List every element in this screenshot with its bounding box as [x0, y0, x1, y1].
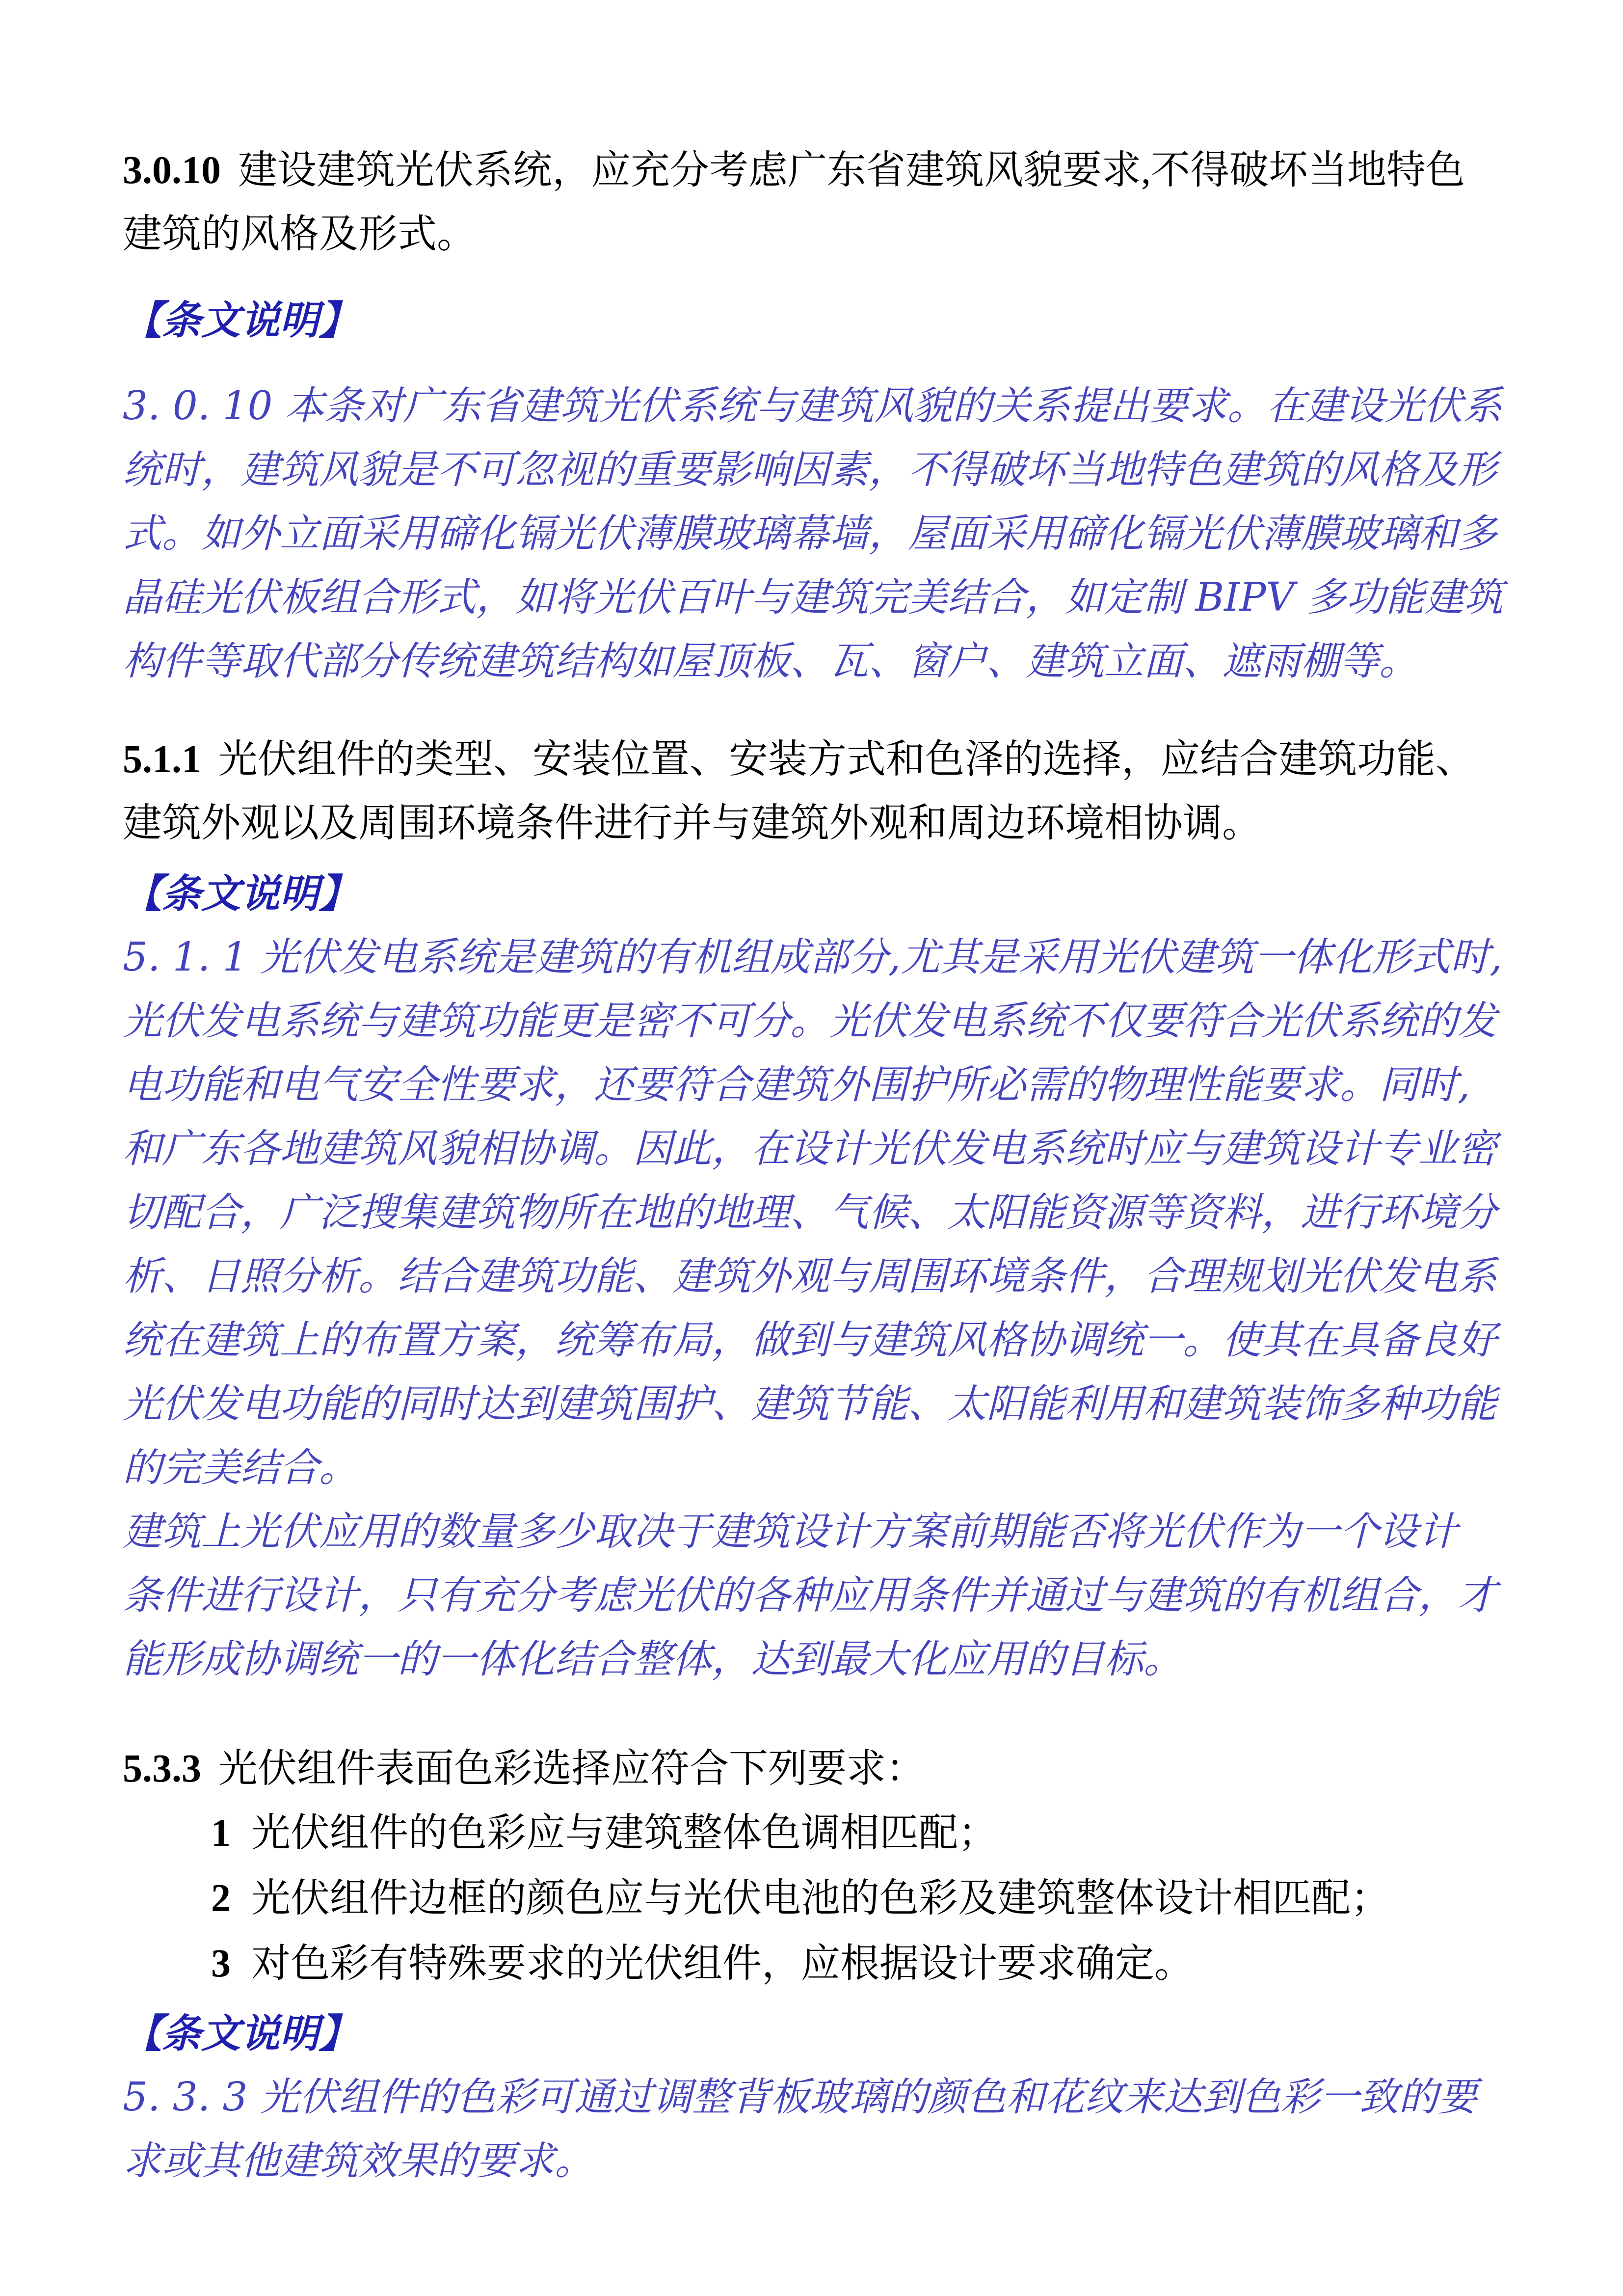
list-item-number: 1 — [211, 1811, 231, 1855]
note-label: 【条文说明】 — [123, 862, 1554, 925]
clause-paragraph: 5.3.3光伏组件表面色彩选择应符合下列要求： — [123, 1737, 1554, 1801]
list-item: 2光伏组件边框的颜色应与光伏电池的色彩及建筑整体设计相匹配； — [123, 1866, 1554, 1931]
page: { "page": { "background": "#ffffff", "te… — [0, 0, 1623, 2296]
clause-text: 建设建筑光伏系统，应充分考虑广东省建筑风貌要求,不得破坏当地特色 建筑的风格及形… — [123, 149, 1465, 256]
clause-number: 3.0.10 — [123, 149, 221, 192]
note-body: 5. 3. 3 光伏组件的色彩可通过调整背板玻璃的颜色和花纹来达到色彩一致的要 … — [123, 2065, 1554, 2193]
note-body: 3. 0. 10 本条对广东省建筑光伏系统与建筑风貌的关系提出要求。在建设光伏系… — [123, 374, 1554, 693]
clause-text: 光伏组件表面色彩选择应符合下列要求： — [218, 1747, 925, 1790]
list-item-number: 2 — [211, 1877, 231, 1920]
list-item: 3对色彩有特殊要求的光伏组件，应根据设计要求确定。 — [123, 1931, 1554, 1997]
list-item-text: 光伏组件边框的颜色应与光伏电池的色彩及建筑整体设计相匹配； — [251, 1877, 1390, 1920]
list-item-text: 对色彩有特殊要求的光伏组件，应根据设计要求确定。 — [251, 1942, 1194, 1985]
section-3-0-10: 3.0.10建设建筑光伏系统，应充分考虑广东省建筑风貌要求,不得破坏当地特色 建… — [123, 138, 1554, 693]
clause-paragraph: 5.1.1光伏组件的类型、安装位置、安装方式和色泽的选择，应结合建筑功能、 建筑… — [123, 728, 1554, 855]
note-label: 【条文说明】 — [123, 2001, 1554, 2065]
section-5-1-1: 5.1.1光伏组件的类型、安装位置、安装方式和色泽的选择，应结合建筑功能、 建筑… — [123, 728, 1554, 1691]
clause-paragraph: 3.0.10建设建筑光伏系统，应充分考虑广东省建筑风貌要求,不得破坏当地特色 建… — [123, 138, 1554, 266]
list-item-number: 3 — [211, 1942, 231, 1985]
note-body: 5. 1. 1 光伏发电系统是建筑的有机组成部分,尤其是采用光伏建筑一体化形式时… — [123, 925, 1554, 1691]
document: 3.0.10建设建筑光伏系统，应充分考虑广东省建筑风貌要求,不得破坏当地特色 建… — [0, 0, 1623, 2193]
clause-number: 5.1.1 — [123, 738, 201, 781]
requirement-list: 1光伏组件的色彩应与建筑整体色调相匹配； 2光伏组件边框的颜色应与光伏电池的色彩… — [123, 1801, 1554, 1997]
list-item-text: 光伏组件的色彩应与建筑整体色调相匹配； — [251, 1811, 997, 1855]
note-label: 【条文说明】 — [123, 288, 1554, 352]
section-5-3-3: 5.3.3光伏组件表面色彩选择应符合下列要求： 1光伏组件的色彩应与建筑整体色调… — [123, 1737, 1554, 2193]
clause-text: 光伏组件的类型、安装位置、安装方式和色泽的选择，应结合建筑功能、 建筑外观以及周… — [123, 738, 1475, 845]
clause-number: 5.3.3 — [123, 1747, 201, 1790]
list-item: 1光伏组件的色彩应与建筑整体色调相匹配； — [123, 1801, 1554, 1866]
